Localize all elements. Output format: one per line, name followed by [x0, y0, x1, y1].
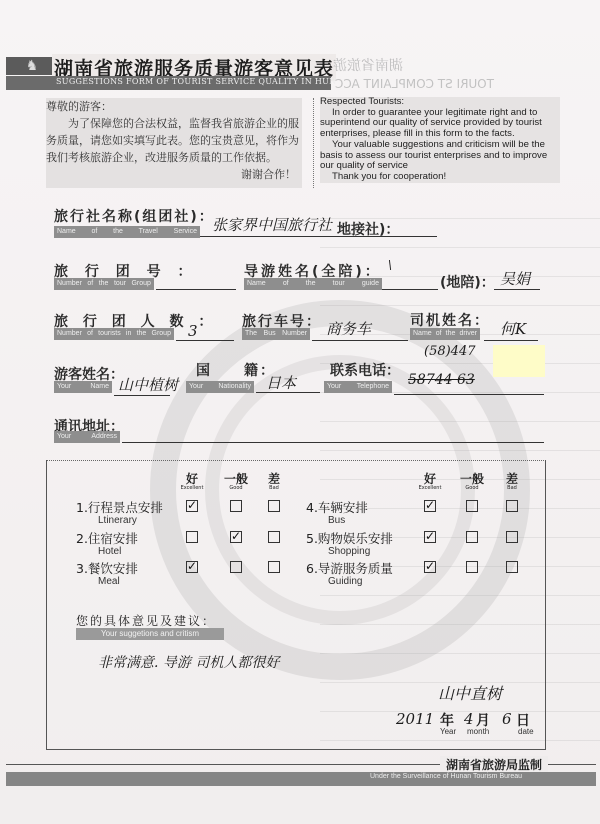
rating-item-label: 6.导游服务质量: [306, 559, 393, 577]
divider: [313, 98, 314, 188]
date-day-field[interactable]: 6: [502, 710, 512, 728]
redaction-box: [493, 345, 545, 377]
local-guide-field-line: [494, 289, 540, 290]
rating-item-label: 4.车辆安排: [306, 498, 368, 516]
nationality-label-en: YourNationality: [186, 381, 254, 393]
date-month-field[interactable]: 4: [464, 710, 474, 728]
rating-checkbox-bad[interactable]: [506, 500, 518, 512]
rating-item-label: 2.住宿安排: [76, 529, 138, 547]
bus-number-field[interactable]: 商务车: [326, 318, 371, 339]
phone-field-top[interactable]: (58)447: [424, 344, 476, 359]
rating-item-label-en: Meal: [98, 576, 120, 587]
driver-label: 司机姓名：: [410, 310, 490, 330]
rating-checkbox-good[interactable]: [466, 531, 478, 543]
rating-checkbox-good[interactable]: [466, 561, 478, 573]
month-label-en: month: [467, 727, 489, 736]
suggestions-field[interactable]: 非常满意. 导游 司机人都很好: [98, 652, 279, 672]
nationality-field-line: [256, 392, 320, 393]
rating-checkbox-excellent[interactable]: ✓: [186, 500, 198, 512]
rating-item-label-en: Shopping: [328, 546, 370, 557]
footer-issuer-en: Under the Surveillance of Hunan Tourism …: [370, 773, 522, 780]
year-label-en: Year: [440, 727, 456, 736]
nationality-label: 国 籍：: [196, 360, 276, 380]
phone-field-line: [394, 394, 544, 395]
rating-checkbox-excellent[interactable]: ✓: [424, 500, 436, 512]
date-label-en: date: [518, 727, 534, 736]
rating-item-label-en: Bus: [328, 515, 345, 526]
guide-label-en: Nameofthetourguide: [244, 278, 382, 290]
bleed-through-title: 湖南省旅游: [333, 55, 403, 75]
local-guide-label: (地陪)：: [440, 272, 495, 292]
rating-column-good: 一般Good: [457, 470, 487, 491]
suggestions-label: 您的具体意见及建议：: [76, 612, 216, 629]
tourist-name-field[interactable]: 山中植树: [118, 374, 178, 395]
tourist-name-field-line: [114, 395, 170, 396]
rating-column-excellent: 好Excellent: [177, 470, 207, 491]
local-guide-field[interactable]: 吴娟: [500, 268, 530, 289]
address-field[interactable]: [122, 442, 544, 443]
rating-checkbox-bad[interactable]: [506, 531, 518, 543]
rating-item-label: 1.行程景点安排: [76, 498, 163, 516]
intro-en-paragraph-1: In order to guarantee your legitimate ri…: [320, 108, 560, 140]
guide-field-line: [382, 289, 438, 290]
rating-checkbox-good[interactable]: [466, 500, 478, 512]
rating-item-label-en: Hotel: [98, 546, 121, 557]
intro-greeting: 尊敬的游客：: [46, 98, 302, 115]
rating-column-bad: 差Bad: [259, 470, 289, 491]
nationality-field[interactable]: 日本: [266, 372, 296, 393]
intro-thanks: 谢谢合作！: [46, 166, 302, 183]
agency-field[interactable]: 张家界中国旅行社: [212, 214, 332, 235]
rating-item-label-en: Guiding: [328, 576, 362, 587]
intro-chinese: 尊敬的游客： 为了保障您的合法权益，监督我省旅游企业的服务质量，请您如实填写此表…: [46, 98, 302, 188]
date-year-field[interactable]: 2011: [396, 710, 434, 728]
rating-item-label-en: Ltinerary: [98, 515, 137, 526]
rating-checkbox-excellent[interactable]: ✓: [424, 531, 436, 543]
phone-label-en: YourTelephone: [324, 381, 392, 393]
address-label-en: YourAddress: [54, 431, 120, 443]
intro-english: Respected Tourists: In order to guarante…: [320, 97, 560, 183]
local-agency-field[interactable]: [392, 236, 437, 237]
rating-checkbox-good[interactable]: [230, 561, 242, 573]
local-agency-label: 地接社)：: [337, 219, 399, 239]
tourist-name-label-en: YourName: [54, 381, 112, 393]
rating-checkbox-excellent[interactable]: ✓: [424, 561, 436, 573]
signature-field[interactable]: 山中直树: [438, 681, 502, 704]
rating-checkbox-bad[interactable]: [506, 561, 518, 573]
intro-en-thanks: Thank you for cooperation!: [320, 172, 560, 183]
rating-checkbox-bad[interactable]: [268, 531, 280, 543]
driver-label-en: Nameofthedriver: [410, 328, 480, 340]
guide-field[interactable]: \: [388, 258, 392, 272]
bus-number-field-line: [312, 340, 408, 341]
phone-label: 联系电话：: [330, 360, 400, 380]
form-page: ♞ 湖南省旅游服务质量游客意见表 SUGGESTIONS FORM OF TOU…: [0, 0, 600, 824]
bus-number-label-en: TheBusNumber: [242, 328, 310, 340]
rating-checkbox-good[interactable]: ✓: [230, 531, 242, 543]
rating-checkbox-good[interactable]: [230, 500, 242, 512]
rating-item-label: 3.餐饮安排: [76, 559, 138, 577]
phone-field[interactable]: 58744 63: [408, 372, 475, 388]
rating-column-bad: 差Bad: [497, 470, 527, 491]
group-number-label-en: NumberofthetourGroup: [54, 278, 154, 290]
rating-checkbox-bad[interactable]: [268, 500, 280, 512]
group-size-field-line: [176, 340, 234, 341]
footer-issuer: 湖南省旅游局监制: [440, 756, 548, 773]
rating-column-excellent: 好Excellent: [415, 470, 445, 491]
suggestions-label-en: Your suggetions and critism: [76, 628, 224, 640]
rating-checkbox-excellent[interactable]: ✓: [186, 561, 198, 573]
rating-column-good: 一般Good: [221, 470, 251, 491]
driver-field-line: [484, 340, 538, 341]
form-subtitle: SUGGESTIONS FORM OF TOURIST SERVICE QUAL…: [56, 77, 337, 86]
group-size-label-en: NumberoftouristsintheGroup: [54, 328, 174, 340]
rating-checkbox-bad[interactable]: [268, 561, 280, 573]
rating-checkbox-excellent[interactable]: [186, 531, 198, 543]
bleed-through-subtitle: TOURI ST COMPLAINT ACC: [335, 77, 494, 91]
intro-paragraph: 为了保障您的合法权益，监督我省旅游企业的服务质量，请您如实填写此表。您的宝贵意见…: [46, 115, 302, 166]
agency-label: 旅行社名称(组团社)：: [54, 206, 215, 226]
group-number-field[interactable]: [156, 289, 236, 290]
rating-item-label: 5.购物娱乐安排: [306, 529, 393, 547]
driver-field[interactable]: 何K: [500, 318, 526, 339]
horse-icon: ♞: [22, 58, 42, 74]
agency-label-en: NameoftheTravelService: [54, 226, 200, 238]
intro-en-paragraph-2: Your valuable suggestions and criticism …: [320, 140, 560, 172]
group-size-field[interactable]: 3: [188, 322, 198, 340]
